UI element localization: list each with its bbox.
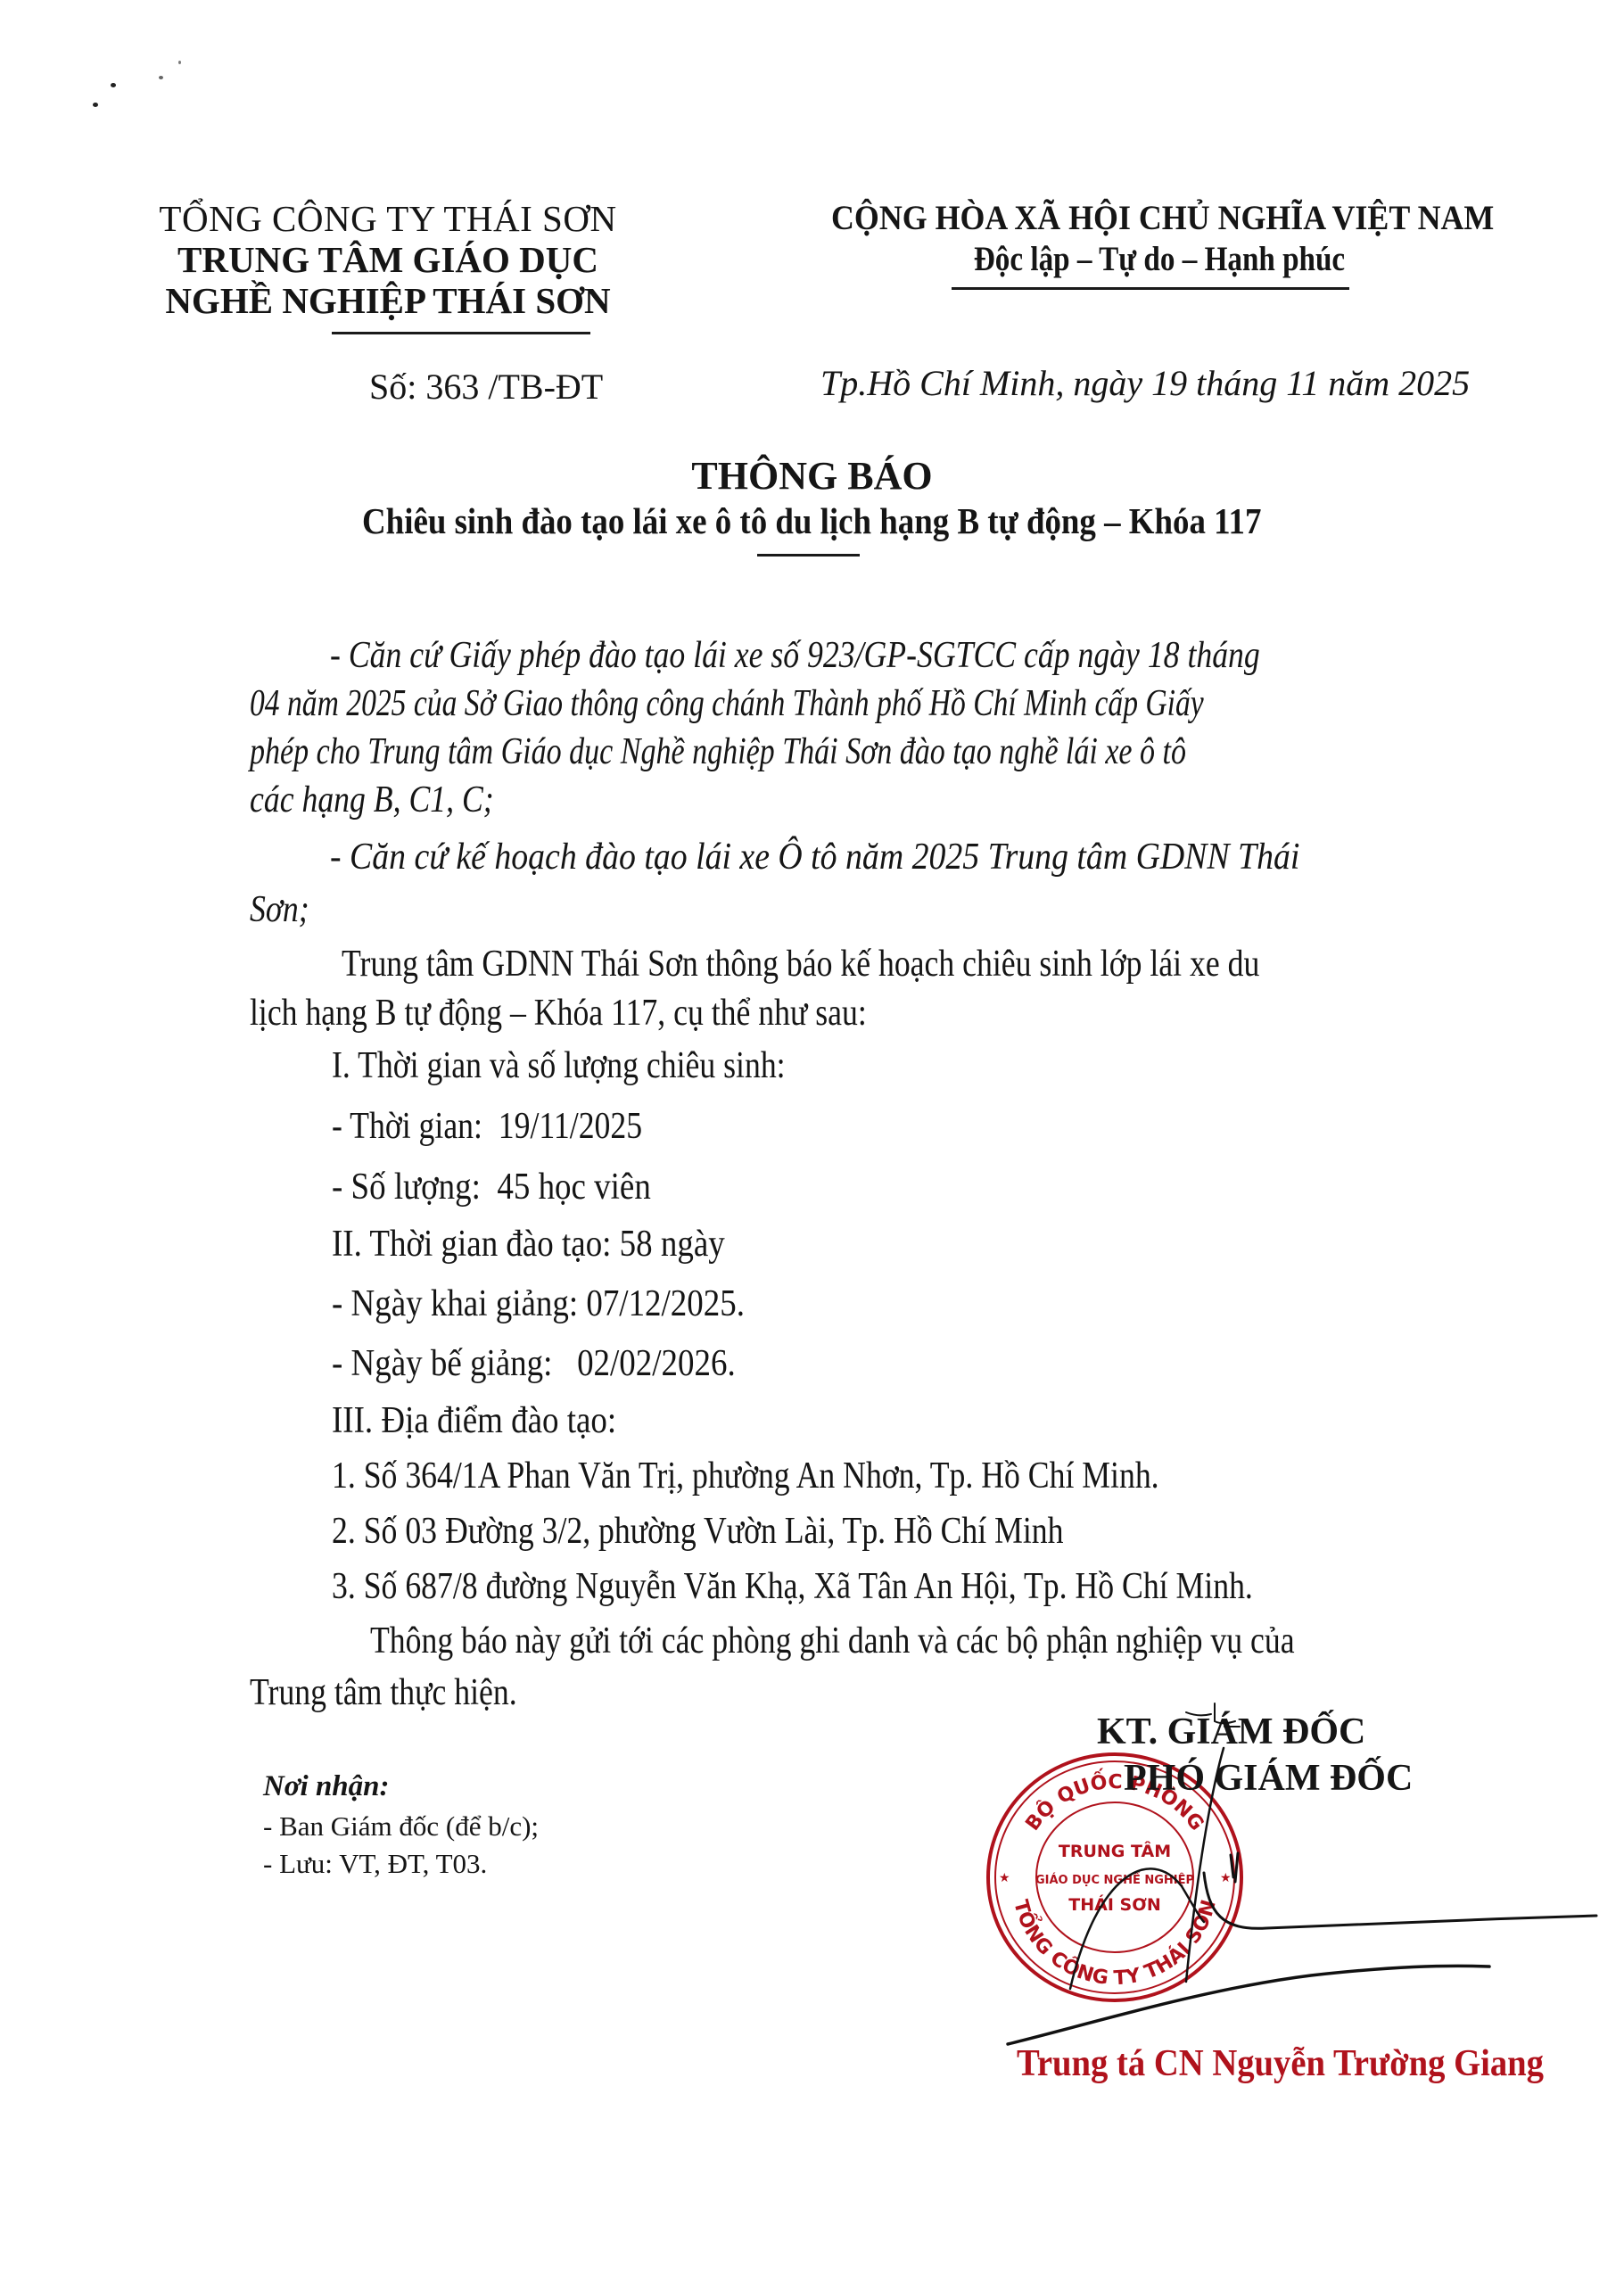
legal-basis-1-line2: 04 năm 2025 của Sở Giao thông công chánh… (250, 681, 1442, 726)
title-underline (757, 554, 860, 557)
document-number: Số: 363 /TB-ĐT (369, 366, 603, 408)
enrollment-time: - Thời gian: 19/11/2025 (332, 1104, 697, 1149)
place-and-date: Tp.Hồ Chí Minh, ngày 19 tháng 11 năm 202… (820, 362, 1470, 404)
opening-date-value: 07/12/2025. (586, 1283, 745, 1324)
location-item-3: 3. Số 687/8 đường Nguyễn Văn Khạ, Xã Tân… (332, 1564, 1415, 1609)
recipient-item: - Lưu: VT, ĐT, T03. (263, 1848, 487, 1880)
notice-subtitle: Chiêu sinh đào tạo lái xe ô tô du lịch h… (0, 499, 1624, 542)
section-locations-heading: III. Địa điểm đào tạo: (332, 1398, 655, 1443)
closing-date-value: 02/02/2026. (577, 1343, 736, 1384)
closing-line2: Trung tâm thực hiện. (250, 1670, 565, 1715)
intro-line1: Trung tâm GDNN Thái Sơn thông báo kế hoạ… (342, 942, 1422, 986)
recipients-label: Nơi nhận: (263, 1770, 390, 1803)
closing-date-label: - Ngày bế giảng: (332, 1343, 552, 1384)
section-training-heading: II. Thời gian đào tạo: 58 ngày (332, 1222, 779, 1266)
enrollment-quantity-label: - Số lượng: (332, 1167, 481, 1208)
legal-basis-2-line2: Sơn; (250, 887, 319, 932)
nation-title: CỘNG HÒA XÃ HỘI CHỦ NGHĨA VIỆT NAM (831, 198, 1488, 239)
signer-name: Trung tá CN Nguyễn Trường Giang (1017, 2042, 1544, 2085)
national-header: CỘNG HÒA XÃ HỘI CHỦ NGHĨA VIỆT NAM Độc l… (803, 198, 1516, 280)
enrollment-time-value: 19/11/2025 (499, 1106, 642, 1147)
legal-basis-1-line1: - Căn cứ Giấy phép đào tạo lái xe số 923… (330, 633, 1424, 678)
organization-underline (332, 332, 590, 334)
location-item-1: 1. Số 364/1A Phan Văn Trị, phường An Nhơ… (332, 1454, 1305, 1498)
scan-speck (93, 103, 98, 107)
motto-underline (952, 287, 1349, 290)
organization-name-line2: NGHỀ NGHIỆP THÁI SƠN (129, 280, 647, 321)
enrollment-quantity: - Số lượng: 45 học viên (332, 1165, 695, 1209)
enrollment-quantity-value: 45 học viên (497, 1167, 650, 1208)
notice-title: THÔNG BÁO (0, 453, 1624, 499)
scan-speck (159, 76, 163, 79)
organization-header: TỔNG CÔNG TY THÁI SƠN TRUNG TÂM GIÁO DỤC… (236, 198, 540, 321)
organization-name-line1: TRUNG TÂM GIÁO DỤC (129, 239, 647, 280)
legal-basis-1-line4: các hạng B, C1, C; (250, 778, 537, 822)
location-item-2: 2. Số 03 Đường 3/2, phường Vườn Lài, Tp.… (332, 1509, 1192, 1554)
section-enrollment-heading: I. Thời gian và số lượng chiêu sinh: (332, 1043, 865, 1088)
training-closing-date: - Ngày bế giảng: 02/02/2026. (332, 1341, 790, 1386)
nation-motto: Độc lập – Tự do – Hạnh phúc (856, 239, 1463, 280)
legal-basis-2-line1: - Căn cứ kế hoạch đào tạo lái xe Ô tô nă… (330, 835, 1407, 879)
legal-basis-1-line3: phép cho Trung tâm Giáo dục Nghề nghiệp … (250, 730, 1406, 774)
parent-organization: TỔNG CÔNG TY THÁI SƠN (129, 198, 647, 239)
closing-line1: Thông báo này gửi tới các phòng ghi danh… (370, 1619, 1457, 1663)
handwritten-signature-icon (981, 1694, 1605, 2051)
enrollment-time-label: - Thời gian: (332, 1106, 482, 1147)
recipient-item: - Ban Giám đốc (để b/c); (263, 1810, 539, 1843)
scan-speck (111, 83, 116, 87)
opening-date-label: - Ngày khai giảng: (332, 1283, 578, 1324)
scan-speck (178, 61, 181, 64)
intro-line2: lịch hạng B tự động – Khóa 117, cụ thể n… (250, 991, 976, 1035)
notice-subtitle-text: Chiêu sinh đào tạo lái xe ô tô du lịch h… (362, 499, 1261, 542)
training-opening-date: - Ngày khai giảng: 07/12/2025. (332, 1282, 801, 1326)
